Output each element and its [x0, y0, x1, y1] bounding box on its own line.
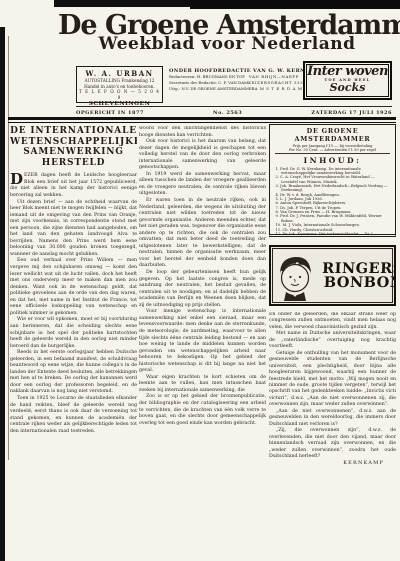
- contents-price: Prijs per Jaargang f 15.—, bij vooruitbe…: [275, 144, 390, 154]
- urban-advert-telephone: T E L E F O O N — 5 2 0 4 9: [77, 89, 162, 100]
- masthead: De Groene Amsterdammer Weekblad voor Ned…: [58, 12, 396, 53]
- author-signature: KERNKAMP: [269, 460, 396, 466]
- paragraph: Er waren toen in de neutrale rijken, ook…: [139, 198, 266, 270]
- paragraph: De loop der gebeurtenissen heeft hun gel…: [139, 270, 266, 309]
- masthead-subtitle: Weekblad voor Nederland: [58, 36, 396, 53]
- ringers-advert: RINGERS’ BONBONS: [269, 245, 396, 306]
- page-edge-line: [8, 36, 9, 460]
- toc-item: 3. Joh. Braakensiek, Het Nederlandsch—Be…: [273, 184, 392, 193]
- paragraph: Reeds in het eerste oorlogsjaar hebben D…: [10, 350, 137, 396]
- editorial-publisher: Uitg.: N.V. DE GROENE AMSTERDAMMER: [169, 86, 255, 92]
- urban-advert-name: W. A. URBAN: [77, 69, 162, 78]
- inhoud-list: 1. Prof. Dr. G. W. Kernkamp, De internat…: [273, 167, 392, 237]
- interwoven-brand: Inter woven: [305, 66, 390, 78]
- boy-illustration: [274, 250, 316, 302]
- inhoud-title: INHOUD:: [273, 156, 392, 165]
- toc-item: 12. Dr. Joh. Koopmans, Het toekomst-Haml…: [273, 232, 392, 237]
- urban-advert-line: AUTOSTALLING Frankenslag 12: [77, 78, 162, 84]
- ringers-brand-line2: BONBONS: [324, 276, 396, 290]
- headline-line: SAMENWERKING: [10, 147, 137, 158]
- article-column-1-body: DEZER dagen heeft de Leidsche hoogleeraa…: [10, 173, 137, 435]
- paragraph: Ook voor historici is het daarom van bel…: [139, 139, 266, 172]
- toc-item: 2. C. A. Crayé, Het Vrouwenkiesrecht in …: [273, 175, 392, 184]
- toc-item: 9. Prof. Dr. J. Prinsen, Parodie van W. …: [273, 214, 392, 223]
- paragraph: DEZER dagen heeft de Leidsche hoogleeraa…: [10, 173, 137, 199]
- scan-edge-left: [0, 27, 5, 561]
- paragraph: Met name in Duitsche universiteitskringe…: [269, 331, 396, 350]
- headline-line: DE INTERNATIONALE: [10, 126, 137, 137]
- headline-line: HERSTELD: [10, 158, 137, 169]
- article-column-3: DE GROENE AMSTERDAMMER Prijs per Jaargan…: [269, 124, 396, 480]
- ringers-brand-text: RINGERS’ BONBONS: [316, 262, 396, 290]
- dateline-row: OPGERICHT IN 1877 No. 2563 ZATERDAG 17 J…: [76, 106, 392, 116]
- article-column-3-body: En onder de geleerden, die elkaar straks…: [269, 312, 396, 458]
- article-column-2: woord voor den inlichtingendienst des hi…: [139, 126, 266, 456]
- paragraph: Uit dezen brief — aan de echtheid waarva…: [10, 200, 137, 259]
- contents-box: DE GROENE AMSTERDAMMER Prijs per Jaargan…: [269, 124, 396, 237]
- article-column-1: DE INTERNATIONALEWETENSCHAPPELIJKESAMENW…: [10, 126, 137, 472]
- contents-title: DE GROENE AMSTERDAMMER: [273, 127, 392, 143]
- paragraph: Getuige de onthulling van het monument v…: [269, 351, 396, 409]
- toc-item: 1. Prof. Dr. G. W. Kernkamp, De internat…: [273, 167, 392, 176]
- headline-line: WETENSCHAPPELIJKE: [10, 137, 137, 148]
- editorial-info: ONDER HOOFDREDACTIE VAN G. W. KERNKAMP R…: [169, 68, 299, 93]
- interwoven-advert: Inter woven TOE AND HEEL Socks: [303, 61, 392, 100]
- header-rule: [8, 117, 396, 123]
- paragraph: Toen in 1925 te Locarno de staatslieden …: [10, 396, 137, 435]
- paragraph: Zoo is er op het gebied der bronnenpubli…: [139, 394, 266, 427]
- founded-label: OPGERICHT IN 1877: [76, 110, 144, 116]
- paragraph: „Zij, die overwonnen zijn”, d.w.z. de ov…: [269, 428, 396, 458]
- editorial-row: Uitg.: N.V. DE GROENE AMSTERDAMMER A M S…: [169, 86, 299, 92]
- article-headline: DE INTERNATIONALEWETENSCHAPPELIJKESAMENW…: [10, 126, 137, 168]
- date-label: ZATERDAG 17 JULI 1926: [311, 110, 392, 116]
- editorial-city: A M S T E R D A M: [255, 86, 303, 92]
- issue-number: No. 2563: [213, 110, 242, 116]
- paragraph: Wie er voor wil opkomen, moet er bij voo…: [10, 317, 137, 350]
- paragraph: woord voor den inlichtingendienst des hi…: [139, 126, 266, 139]
- paragraph: Waar eigen krachten te kort schieten om …: [139, 375, 266, 395]
- paragraph: In 1919 werd de samenwerking hervat, maa…: [139, 172, 266, 198]
- paragraph: En onder de geleerden, die elkaar straks…: [269, 312, 396, 331]
- paragraph: „Aan de niet overwonnenen”, d.w.z. aan d…: [269, 409, 396, 428]
- paragraph: Voor menige wetenschap is internationale…: [139, 309, 266, 374]
- price-line-2: Per No. 30 Cent. — Advertentiën f 1.50 p…: [275, 148, 390, 152]
- paragraph: Een oud verhaal over Prins Willem — men …: [10, 258, 137, 317]
- interwoven-product: Socks: [305, 83, 390, 93]
- urban-advert: W. A. URBAN AUTOSTALLING Frankenslag 12 …: [76, 66, 163, 103]
- scan-edge-top-dark: [190, 0, 400, 9]
